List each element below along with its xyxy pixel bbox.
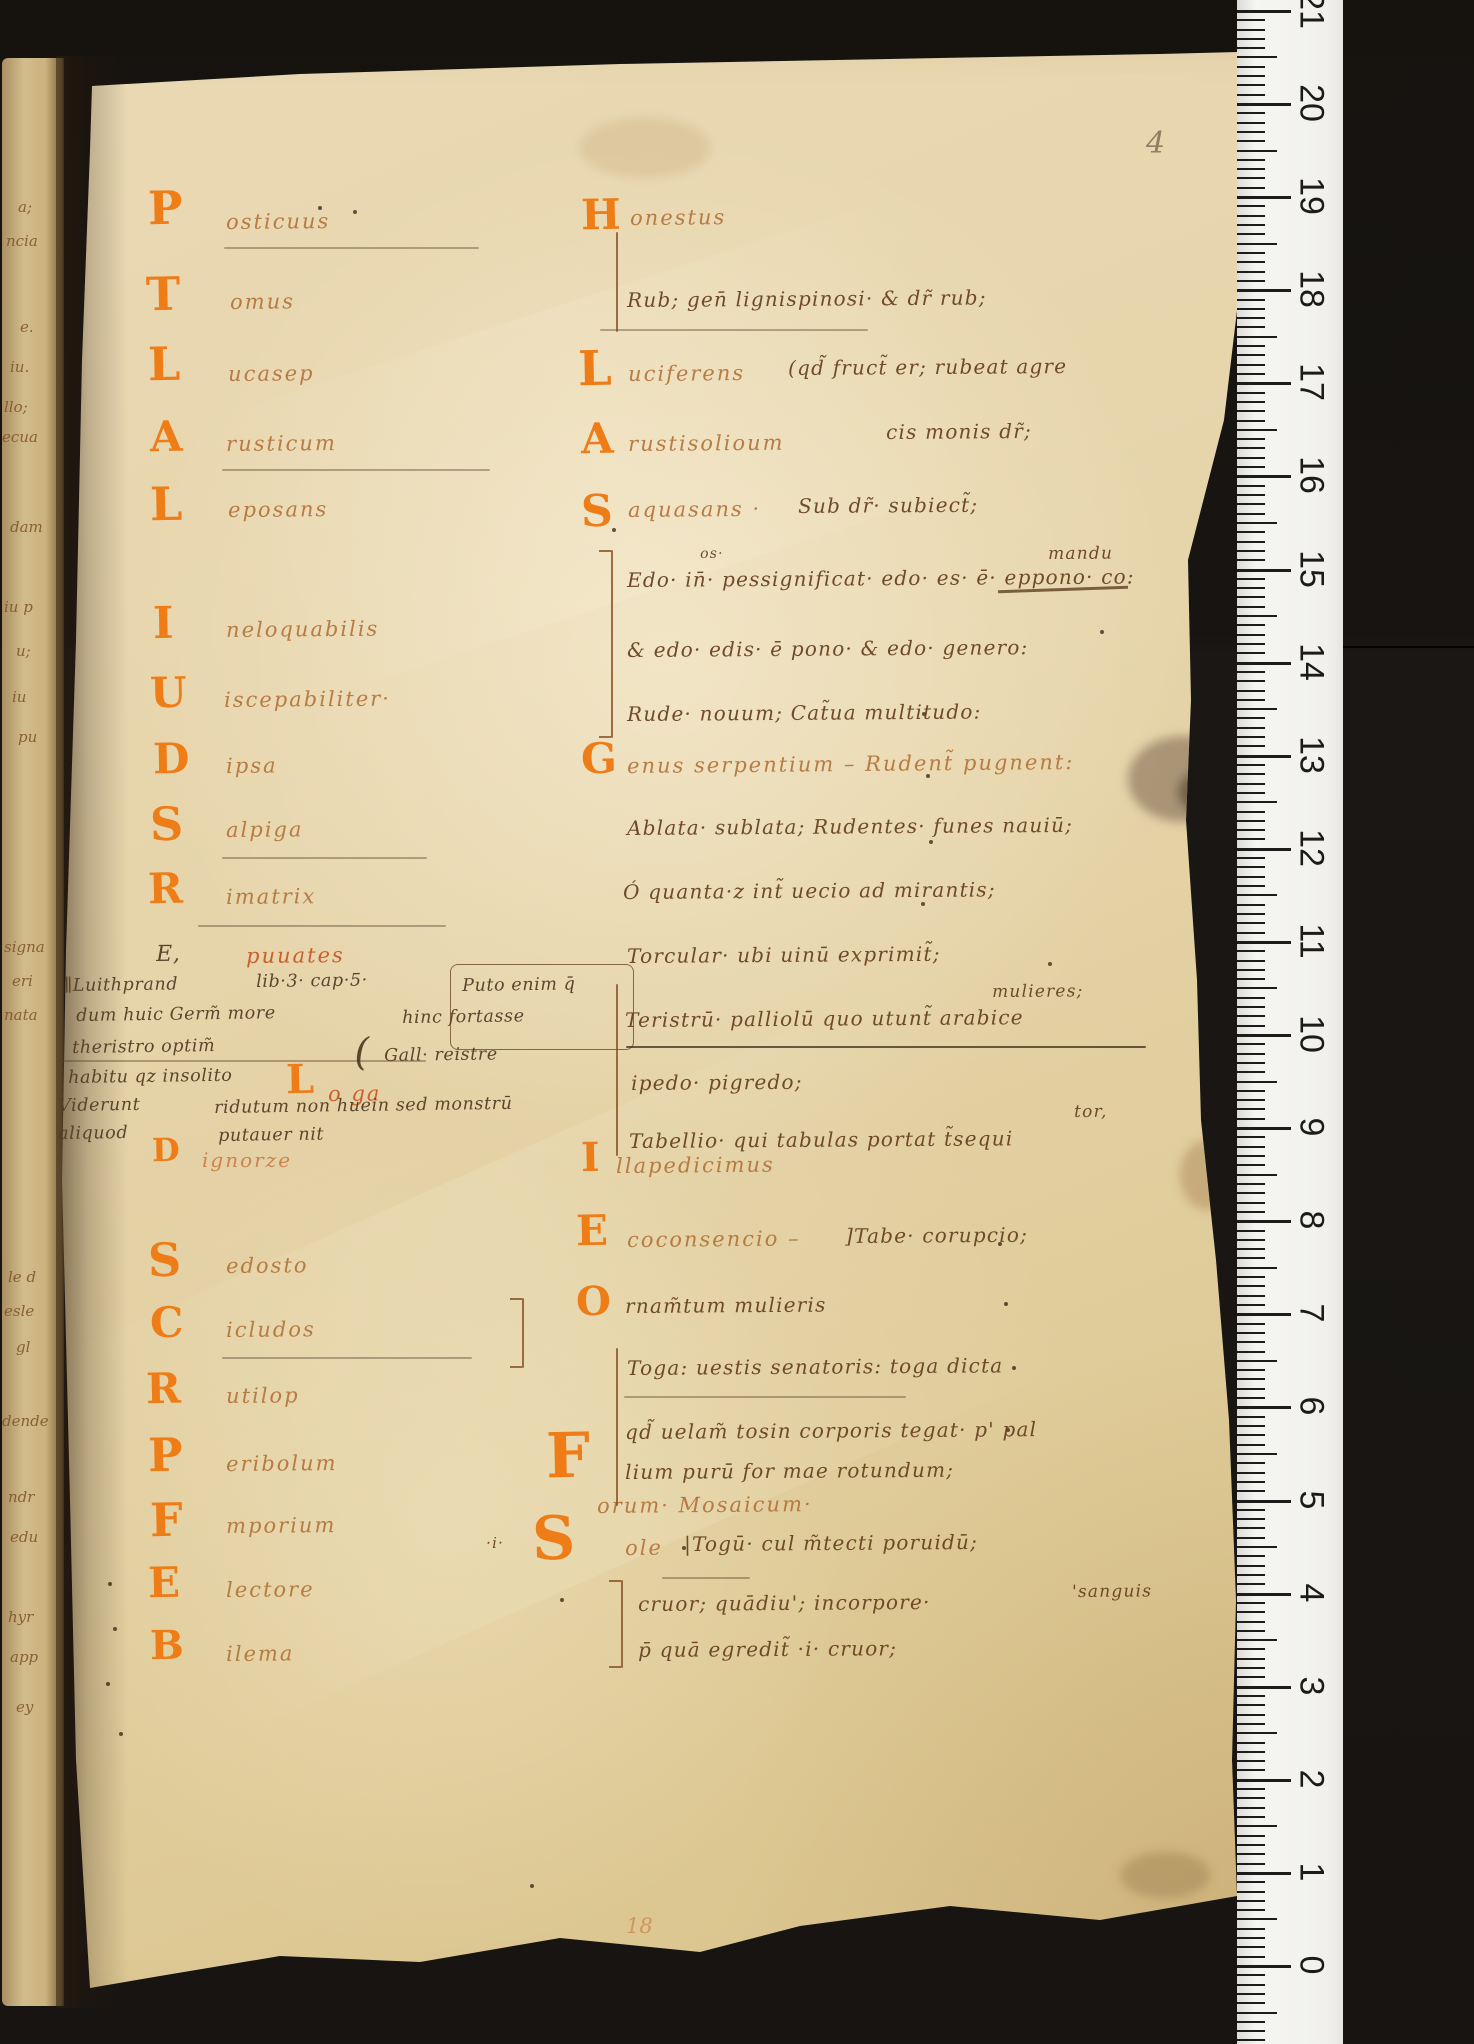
underline-mark [222,1357,472,1359]
ink-divider-cap [510,1298,522,1300]
ruler-tick [1237,1509,1265,1511]
ruler-tick [1237,1742,1265,1744]
gloss-line: p̄ quā egredit̃ ·i· cruor; [638,1636,897,1662]
ruler-tick [1237,159,1265,161]
margin-note-line: Viderunt [58,1095,141,1116]
ruler-tick [1237,420,1265,422]
entry-word: ipsa [226,754,278,778]
ruler-tick [1237,1974,1265,1976]
ruler-tick [1237,233,1265,235]
ruler-tick [1237,1630,1265,1632]
ink-divider-cap [609,1580,621,1582]
entry-initial: B [150,1628,184,1665]
ruler-tick [1237,1239,1265,1241]
ruler-tick [1237,47,1265,49]
ruler-tick [1237,1257,1265,1259]
ruler-tick [1237,1174,1277,1176]
ink-divider-cap [599,736,611,738]
ruler-tick [1237,475,1291,478]
ruler-tick [1237,1527,1265,1529]
ruler-tick [1237,1043,1265,1045]
ruler-tick [1237,1956,1265,1958]
ruler-tick [1237,801,1277,803]
gloss-line: llapedicimus [616,1153,775,1178]
ink-divider-cap [609,1666,621,1668]
ruler-tick [1237,1453,1277,1455]
ruler-tick [1237,1481,1265,1483]
margin-note-line: Gall· reistre [384,1044,498,1066]
ruler-tick [1237,1127,1291,1130]
ruler-tick [1237,2002,1265,2004]
underline-mark [58,1060,426,1062]
ruler-tick [1237,1490,1265,1492]
entry-word: ilema [226,1641,295,1666]
ruler-tick [1237,1695,1265,1697]
ruler-tick [1237,811,1265,813]
gloss-line: cis monis dr̃; [886,419,1032,444]
ruler-tick [1237,792,1265,794]
ruler-tick [1237,1546,1277,1548]
ruler-tick [1237,1900,1265,1902]
ruler-tick [1237,1593,1291,1596]
entry-word: rusticum [226,431,337,456]
entry-initial: F [150,1500,183,1542]
ruler-tick [1237,1993,1265,1995]
ruler-tick [1237,531,1265,533]
ruler-tick [1237,1909,1265,1911]
ruler-tick [1237,1518,1265,1520]
ruler-tick [1237,764,1265,766]
ruler-tick [1237,652,1265,654]
underline-mark [222,469,490,471]
ruler-tick [1237,2030,1265,2032]
ruler-number: 2 [1292,1769,1331,1788]
ruler-tick [1237,1285,1265,1287]
ruler-tick [1237,1202,1265,1204]
gloss-line: Sub dr̃· subiect̃; [798,493,978,518]
ruler-tick [1237,1304,1265,1306]
ruler-number: 14 [1292,643,1331,681]
ruler-number: 17 [1292,363,1331,401]
ink-divider-stroke [611,550,613,738]
entry-initial: L [578,348,612,392]
ruler-tick [1237,708,1277,710]
ruler-tick [1237,29,1265,31]
ruler-tick [1237,84,1265,86]
ruler-number: 9 [1292,1118,1331,1137]
ruler-tick [1237,429,1277,431]
entry-initial: E [576,1212,609,1250]
ruler-tick [1237,624,1265,626]
backdrop-seam [1343,646,1474,648]
ruler-tick [1237,1965,1291,1968]
gloss-line: 'sanguis [1072,1581,1152,1602]
ruler-tick [1237,1462,1265,1464]
entry-word: ignorze [202,1148,292,1172]
margin-note-line: ∥Luithprand [64,974,178,996]
ruler-tick [1237,578,1265,580]
ruler-tick [1237,1723,1265,1725]
margin-note-line: Puto enim q̄ [462,974,576,996]
entry-word: neloquabilis [226,617,379,642]
gloss-line: qd̃ uelam̃ tosin corporis tegat· p' pal [625,1417,1037,1444]
entry-initial: L [148,344,181,386]
gloss-line: mandu [1048,544,1113,564]
ruler-tick [1237,1472,1265,1474]
entry-word: ucasep [228,361,315,386]
ink-divider-stroke [616,984,618,1156]
gloss-line: Teristrū· palliolū quo utunt̃ arabice [625,1005,1024,1032]
ruler-tick [1237,736,1265,738]
ruler-tick [1237,1946,1265,1948]
ruler-tick [1237,932,1265,934]
ruler-tick [1237,1378,1265,1380]
ruler-tick [1237,1621,1265,1623]
ruler-tick [1237,569,1291,572]
ruler-tick [1237,1369,1265,1371]
ruler-tick [1237,1835,1265,1837]
ruler-tick [1237,904,1265,906]
entry-initial: S [148,1240,182,1282]
ruler-tick [1237,131,1265,133]
ruler-tick [1237,187,1265,189]
ruler: 0123456789101112131415161718192021 [1237,0,1343,2044]
ruler-tick [1237,829,1265,831]
ruler-tick [1237,690,1265,692]
ruler-tick [1237,1332,1265,1334]
ruler-tick [1237,1351,1265,1353]
entry-initial: L [150,484,183,526]
ruler-tick [1237,1658,1265,1660]
underline-mark [662,1577,750,1579]
entry-word: lectore [226,1577,315,1602]
gloss-line: Ó quanta·z int̃ uecio ad mirantis; [623,877,996,904]
ruler-tick [1237,1881,1265,1883]
entry-initial: P [148,1435,183,1477]
bottom-page-mark: 18 [626,1914,653,1938]
entry-word: iscepabiliter· [224,687,391,712]
entry-initial: R [148,870,184,908]
ruler-tick [1237,1891,1265,1893]
entry-initial: G [581,740,618,778]
underline-mark [626,1046,1146,1048]
ruler-tick [1237,1760,1265,1762]
underline-mark [222,857,427,859]
ruler-tick [1237,848,1291,851]
ruler-tick [1237,2021,1265,2023]
ruler-tick [1237,410,1265,412]
gloss-line: ole [625,1536,663,1560]
ink-divider-stroke [522,1298,524,1368]
ruler-tick [1237,177,1265,179]
entry-initial: I [581,1140,600,1176]
ruler-number: 0 [1292,1956,1331,1975]
ruler-number: 6 [1292,1397,1331,1416]
ruler-tick [1237,745,1265,747]
gloss-line: rustisolioum [628,431,785,456]
ruler-tick [1237,1769,1265,1771]
entry-initial: D [152,1136,180,1165]
ruler-tick [1237,1676,1265,1678]
ruler-tick [1237,1751,1265,1753]
gloss-line: |Togū· cul m̃tecti poruidū; [684,1530,978,1556]
entry-initial: C [150,1304,184,1342]
ruler-number: 11 [1292,923,1331,958]
ruler-tick [1237,783,1265,785]
ruler-tick [1237,1267,1277,1269]
margin-note-line: ( [354,1030,370,1074]
entry-label: E, [156,942,181,967]
ruler-tick [1237,1872,1291,1875]
gloss-line: aquasans · [628,497,761,522]
entry-initial: U [150,674,187,712]
margin-note-line: hinc fortasse [402,1006,525,1028]
ruler-tick [1237,1164,1265,1166]
gloss-line: Toga: uestis senatoris: toga dicta [627,1353,1003,1380]
ruler-tick [1237,1602,1265,1604]
ruler-tick [1237,94,1265,96]
ruler-tick [1237,373,1265,375]
ruler-tick [1237,1295,1265,1297]
ruler-tick [1237,866,1265,868]
ruler-tick [1237,140,1265,142]
margin-note-line: ridutum non huein sed monstrū [214,1094,513,1118]
ruler-number: 4 [1292,1583,1331,1602]
ruler-tick [1237,885,1265,887]
margin-note-line: lib·3· cap·5· [256,970,368,992]
ruler-tick [1237,1704,1265,1706]
ruler-tick [1237,1816,1265,1818]
ruler-tick [1237,243,1277,245]
entry-initial: A [150,418,183,456]
ruler-tick [1237,252,1265,254]
ink-divider-cap [599,550,611,552]
ruler-tick [1237,717,1265,719]
ruler-tick [1237,541,1265,543]
ruler-tick [1237,224,1265,226]
ruler-tick [1237,103,1291,106]
ruler-tick [1237,1090,1265,1092]
ruler-tick [1237,1146,1265,1148]
ruler-tick [1237,1071,1265,1073]
ruler-tick [1237,1015,1265,1017]
ruler-tick [1237,662,1291,665]
entry-word: icludos [226,1317,316,1342]
entry-word: eribolum [226,1451,338,1476]
ruler-tick [1237,19,1265,21]
ruler-tick [1237,336,1277,338]
ruler-tick [1237,1062,1265,1064]
ruler-tick [1237,466,1265,468]
ruler-tick [1237,1918,1277,1920]
ruler-tick [1237,1583,1265,1585]
ruler-tick [1237,1639,1277,1641]
ruler-tick [1237,820,1265,822]
ruler-tick [1237,1863,1265,1865]
ruler-tick [1237,987,1277,989]
ruler-tick [1237,1667,1265,1669]
ruler-tick [1237,1444,1265,1446]
ruler-tick [1237,671,1265,673]
gloss-line: ipedo· pigredo; [631,1070,803,1095]
ruler-tick [1237,1183,1265,1185]
ruler-tick [1237,913,1265,915]
ruler-tick [1237,876,1265,878]
ruler-tick [1237,261,1265,263]
ruler-tick [1237,1360,1277,1362]
ruler-tick [1237,969,1265,971]
ruler-number: 12 [1292,829,1331,867]
entry-word: osticuus [226,209,330,234]
entry-initial: I [153,604,174,644]
ruler-tick [1237,1230,1265,1232]
entry-word: eposans [228,497,328,522]
underline-mark [624,1396,906,1398]
ruler-tick [1237,205,1265,207]
gloss-line: rnam̃tum mulieris [625,1293,827,1318]
entry-word: mporium [226,1513,336,1538]
ruler-tick [1237,2012,1277,2014]
ruler-tick [1237,168,1265,170]
ruler-tick [1237,1155,1265,1157]
ruler-tick [1237,1397,1265,1399]
gloss-line: Edo· in̄· pessignificat· edo· es· ē· epp… [627,564,1135,592]
ruler-tick [1237,1406,1291,1409]
ruler-tick [1237,345,1265,347]
entry-word: omus [230,289,295,314]
ink-divider-stroke [616,232,618,332]
ruler-tick [1237,559,1265,561]
ruler-tick [1237,196,1291,199]
ruler-tick [1237,1844,1265,1846]
margin-note-line: dum huic Germ̃ more [76,1003,276,1026]
ruler-tick [1237,1853,1265,1855]
ruler-number: 15 [1292,550,1331,588]
ruler-tick [1237,587,1265,589]
ruler-tick [1237,1108,1265,1110]
ruler-tick [1237,38,1265,40]
entry-initial: F [546,1428,591,1485]
ruler-tick [1237,10,1291,13]
ruler-tick [1237,447,1265,449]
ruler-tick [1237,280,1265,282]
ruler-tick [1237,1565,1265,1567]
ruler-tick [1237,1732,1277,1734]
ruler-tick [1237,494,1265,496]
ruler-tick [1237,401,1265,403]
ruler-tick [1237,1276,1265,1278]
ruler-tick [1237,1341,1265,1343]
ruler-tick [1237,122,1265,124]
ruler-number: 19 [1292,177,1331,215]
entry-initial: A [581,420,614,458]
underline-mark [198,925,446,927]
gloss-line: tor, [1074,1102,1108,1122]
ruler-tick [1237,317,1265,319]
ruler-tick [1237,699,1265,701]
ruler-tick [1237,1434,1265,1436]
ruler-tick [1237,1928,1265,1930]
entry-initial: D [153,740,190,778]
gloss-line: lium purū for mae rotundum; [625,1458,954,1484]
gloss-line: Torcular· ubi uinū exprimit̃; [627,942,941,968]
margin-note-line: aliquod [58,1123,128,1144]
entry-word: puuates [246,943,345,968]
ruler-tick [1237,150,1277,152]
entry-initial: H [581,196,621,234]
gloss-line: cruor; quādiu'; incorpore· [638,1590,931,1616]
ruler-number: 21 [1292,0,1331,29]
ruler-tick [1237,1034,1291,1037]
ruler-tick [1237,66,1265,68]
ruler-tick [1237,1025,1265,1027]
entry-word: edosto [226,1253,309,1278]
ruler-tick [1237,326,1265,328]
ink-divider-stroke [621,1580,623,1668]
gloss-line: Tabellio· qui tabulas portat t̃sequi [629,1126,1013,1153]
ruler-tick [1237,550,1265,552]
ruler-tick [1237,438,1265,440]
ruler-tick [1237,2039,1265,2041]
ruler-tick [1237,950,1265,952]
entry-initial: L [286,1062,315,1098]
ruler-number: 18 [1292,270,1331,308]
ruler-tick [1237,1425,1265,1427]
ruler-number: 13 [1292,736,1331,774]
ruler-tick [1237,364,1265,366]
gloss-line: & edo· edis· ē pono· & edo· genero: [627,635,1029,662]
entry-word: utilop [226,1383,300,1408]
ruler-tick [1237,857,1265,859]
ruler-tick [1237,299,1265,301]
ruler-number: 8 [1292,1211,1331,1230]
ruler-tick [1237,1686,1291,1689]
entry-word: imatrix [226,884,316,909]
ruler-tick [1237,643,1265,645]
ruler-tick [1237,1714,1265,1716]
underline-mark [224,247,479,249]
gloss-line: ]Tabe· corupcio; [845,1223,1028,1248]
ruler-tick [1237,1099,1265,1101]
ruler-tick [1237,1574,1265,1576]
gloss-line: onestus [630,205,726,230]
ruler-tick [1237,838,1265,840]
ruler-tick [1237,308,1265,310]
gloss-line: Ablata· sublata; Rudentes· funes nauiū; [627,813,1073,840]
ruler-tick [1237,75,1265,77]
ruler-tick [1237,112,1265,114]
ruler-tick [1237,1788,1265,1790]
ruler-tick [1237,960,1265,962]
ruler-number: 5 [1292,1490,1331,1509]
gloss-line: enus serpentium – Rudent̃ pugnent: [627,750,1074,778]
gloss-line: coconsencio – [627,1226,801,1252]
ruler-tick [1237,1313,1291,1316]
ruler-number: 7 [1292,1304,1331,1323]
ruler-tick [1237,941,1291,944]
ruler-tick [1237,1323,1265,1325]
entry-initial: S [150,804,184,846]
margin-note-line: putauer nit [218,1125,324,1146]
ruler-tick [1237,1825,1277,1827]
gloss-line: orum· Mosaicum· [597,1492,813,1518]
ruler-number: 1 [1292,1862,1331,1881]
ruler-tick [1237,1611,1265,1613]
ruler-tick [1237,522,1277,524]
ruler-tick [1237,894,1277,896]
ruler-tick [1237,1006,1265,1008]
ruler-tick [1237,1537,1265,1539]
